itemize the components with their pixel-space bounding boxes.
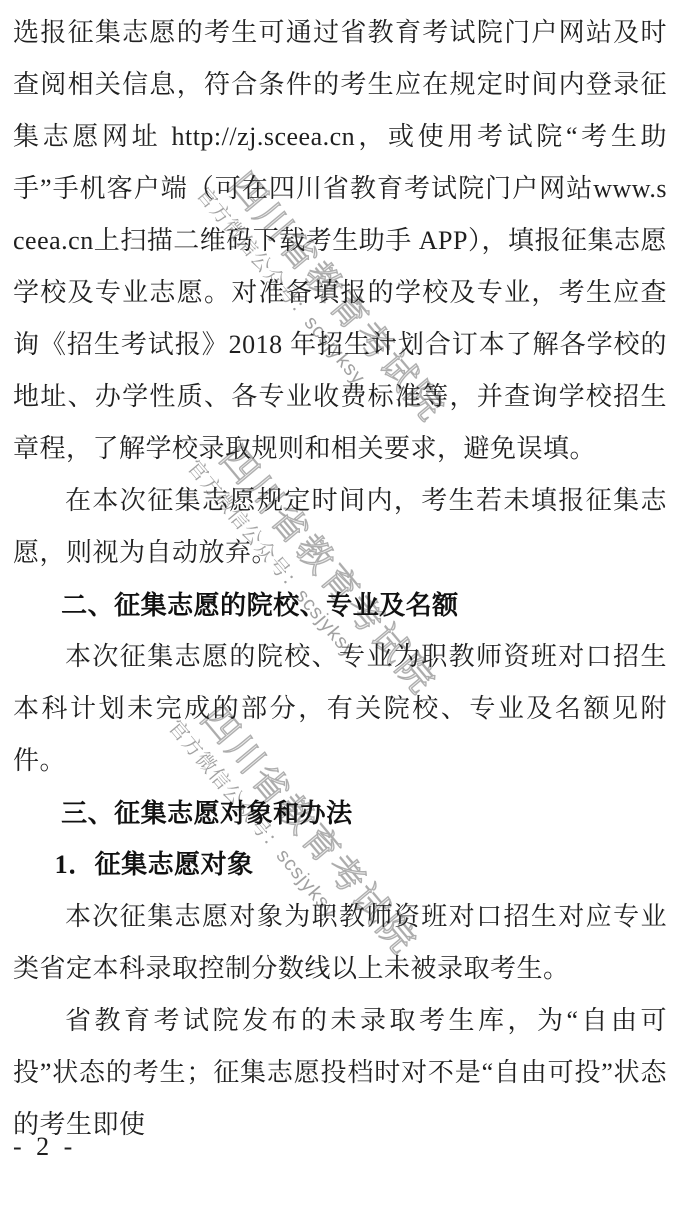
paragraph-schools-majors: 本次征集志愿的院校、专业为职教师资班对口招生本科计划未完成的部分，有关院校、专业… xyxy=(13,631,667,787)
paragraph-notice-continuation: 选报征集志愿的考生可通过省教育考试院门户网站及时查阅相关信息，符合条件的考生应在… xyxy=(13,7,667,475)
paragraph-free-to-submit-status: 省教育考试院发布的未录取考生库，为“自由可投”状态的考生；征集志愿投档时对不是“… xyxy=(13,995,667,1151)
paragraph-deadline-forfeit: 在本次征集志愿规定时间内，考生若未填报征集志愿，则视为自动放弃。 xyxy=(13,475,667,579)
document-text: 选报征集志愿的考生可通过省教育考试院门户网站及时查阅相关信息，符合条件的考生应在… xyxy=(13,7,667,1151)
document-page: 四川省教育考试院 官方微信公众号：scsjyksy 四川省教育考试院 官方微信公… xyxy=(0,0,680,1207)
paragraph-eligible-candidates: 本次征集志愿对象为职教师资班对口招生对应专业类省定本科录取控制分数线以上未被录取… xyxy=(13,891,667,995)
section-heading-3: 三、征集志愿对象和办法 xyxy=(13,787,667,839)
section-heading-2: 二、征集志愿的院校、专业及名额 xyxy=(13,579,667,631)
page-number: - 2 - xyxy=(13,1132,76,1162)
subsection-heading-1: 1．征集志愿对象 xyxy=(13,839,667,891)
